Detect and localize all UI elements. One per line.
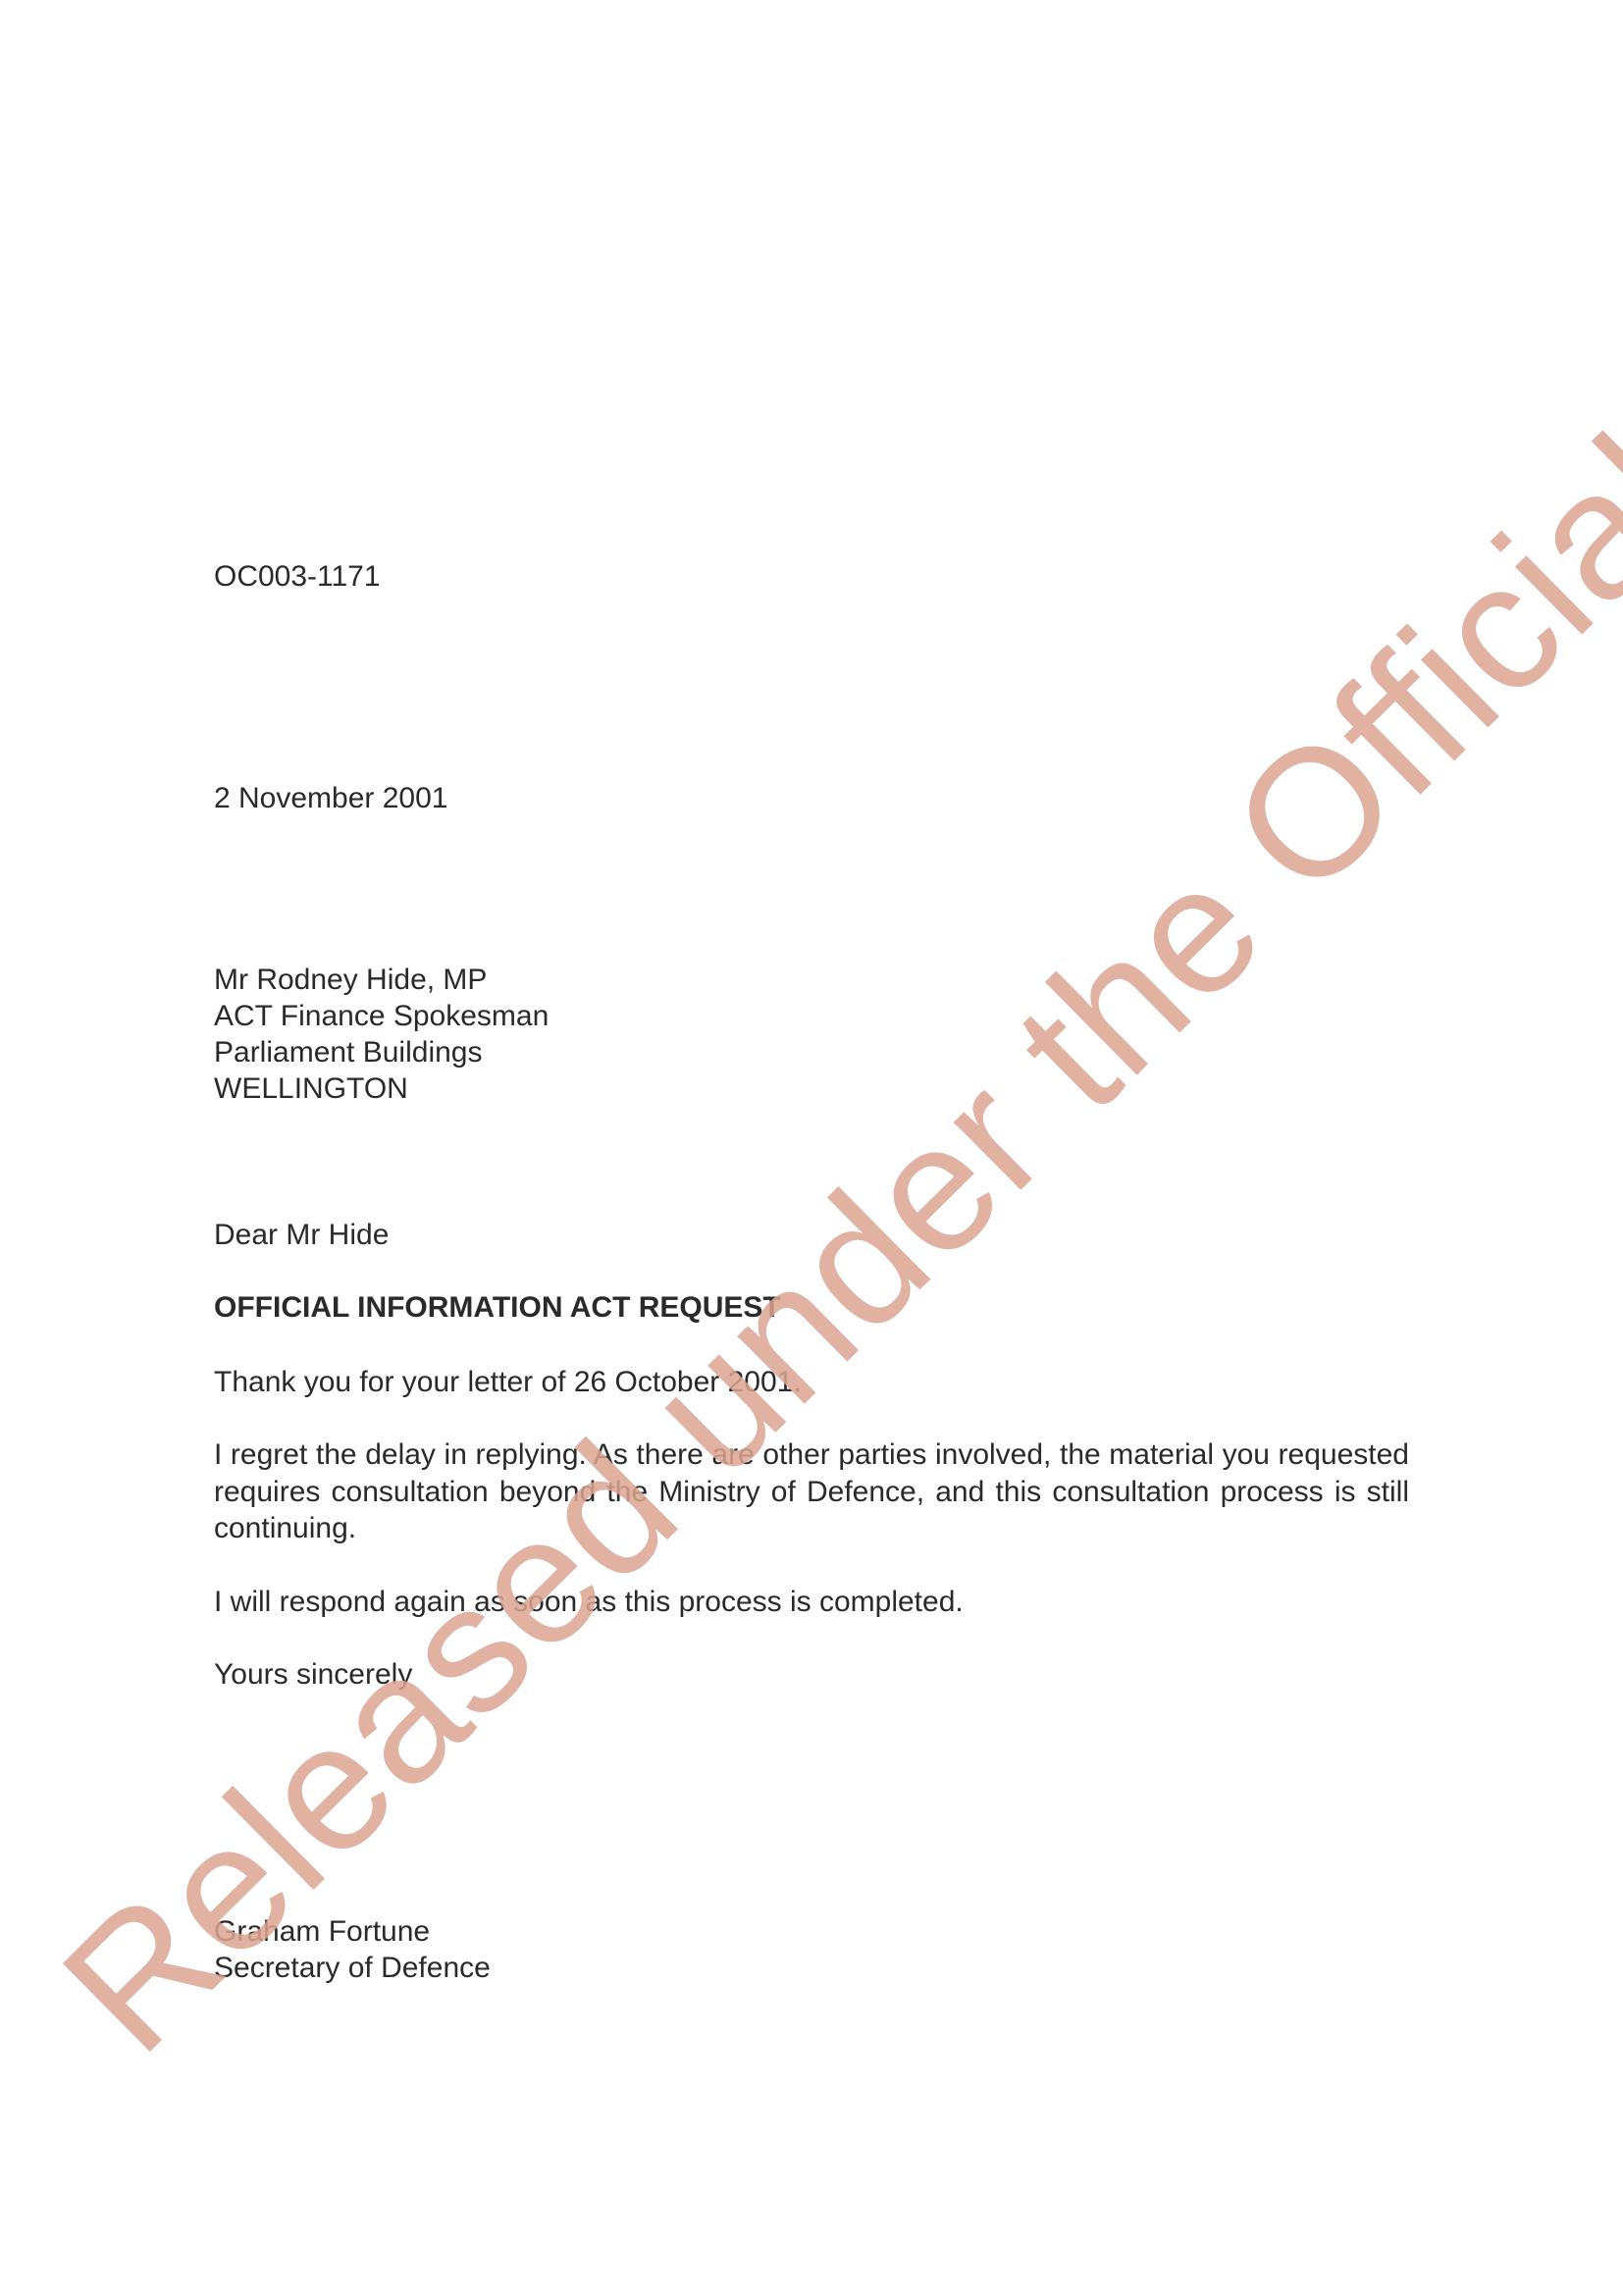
recipient-line: Parliament Buildings: [214, 1034, 482, 1070]
letter-date: 2 November 2001: [214, 780, 447, 816]
body-paragraph: I will respond again as soon as this pro…: [214, 1584, 964, 1620]
signatory-title: Secretary of Defence: [214, 1950, 491, 1986]
recipient-line: WELLINGTON: [214, 1070, 408, 1107]
recipient-line: Mr Rodney Hide, MP: [214, 962, 487, 998]
salutation: Dear Mr Hide: [214, 1217, 389, 1253]
subject-heading: OFFICIAL INFORMATION ACT REQUEST: [214, 1289, 781, 1326]
recipient-line: ACT Finance Spokesman: [214, 998, 549, 1034]
reference-number: OC003-1171: [214, 558, 381, 595]
body-paragraph: Thank you for your letter of 26 October …: [214, 1364, 802, 1400]
signatory-name: Graham Fortune: [214, 1913, 430, 1950]
closing: Yours sincerely: [214, 1656, 412, 1693]
body-paragraph: I regret the delay in replying. As there…: [214, 1436, 1409, 1547]
